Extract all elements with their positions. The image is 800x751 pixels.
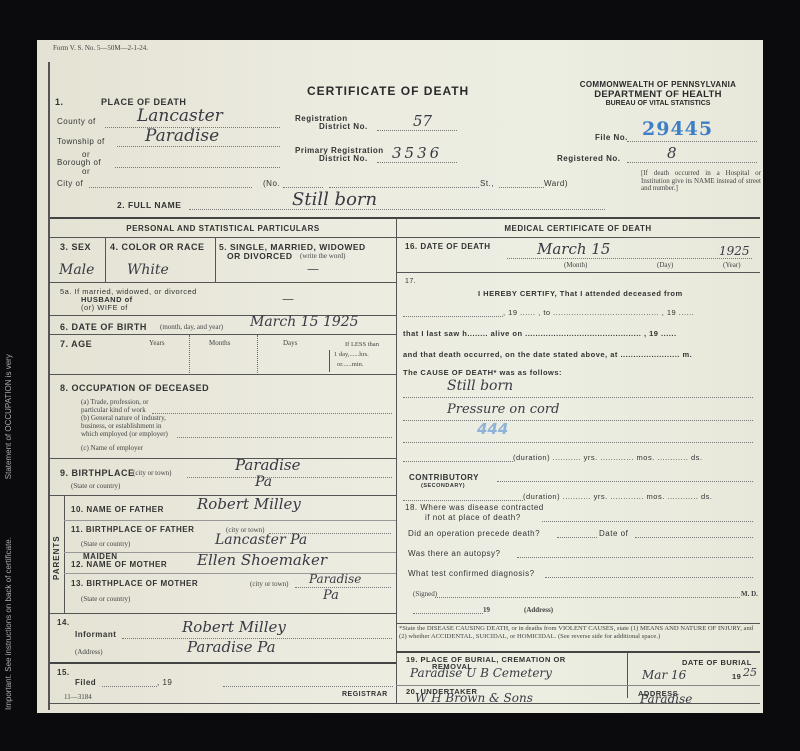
signed-line (435, 597, 740, 598)
age-days-label: Days (283, 339, 297, 347)
duration-2: (duration) ........... yrs. ............… (523, 492, 712, 501)
street-label: St., (480, 179, 494, 188)
occ-a-1: (a) Trade, profession, or (81, 398, 148, 406)
city-line (89, 187, 252, 188)
divider-top (50, 217, 760, 219)
mother-bp-hint: (city or town) (250, 580, 289, 588)
full-name-line (189, 209, 605, 210)
full-name-value: Still born (292, 189, 377, 210)
burial-top-line (396, 651, 760, 653)
filed-label: Filed (75, 678, 96, 687)
personal-heading: PERSONAL AND STATISTICAL PARTICULARS (50, 224, 396, 233)
birthplace-state-label: (State or country) (71, 482, 120, 490)
full-name-label: 2. FULL NAME (117, 200, 181, 210)
row-line-10 (50, 613, 396, 614)
registered-no-label: Registered No. (557, 154, 620, 163)
row-line-11 (50, 662, 396, 664)
county-value: Lancaster (137, 106, 223, 126)
cause-line-2 (403, 420, 753, 421)
column-divider (396, 218, 397, 703)
primary-reg-value: 3536 (392, 144, 442, 162)
cause-line-2-value: Pressure on cord (447, 402, 559, 417)
birthplace-hint: (city or town) (133, 469, 172, 477)
occ-b-line (177, 437, 392, 438)
test-line (545, 577, 753, 578)
burial-date-label: DATE OF BURIAL (682, 658, 752, 667)
street-line (329, 187, 479, 188)
filed-line (102, 686, 157, 687)
file-no-stamp: 29445 (642, 118, 713, 140)
cause-line-1 (403, 397, 753, 398)
mother-name-value: Ellen Shoemaker (197, 551, 327, 569)
last-saw-text: that I last saw h........ alive on .....… (403, 329, 677, 338)
section-17-number: 17. (405, 278, 416, 285)
occ-a-line (152, 413, 392, 414)
occupation-label: 8. OCCUPATION OF DECEASED (60, 383, 209, 393)
registered-no-line (627, 162, 757, 163)
registrar-label: REGISTRAR (342, 691, 388, 698)
row-line-4 (50, 374, 396, 375)
duration-line-2 (403, 500, 523, 501)
side-instructions: Important. See instructions on back of c… (4, 70, 13, 710)
autopsy-line (517, 557, 753, 558)
primary-reg-label-2: District No. (319, 154, 368, 163)
birthplace-line (187, 477, 392, 478)
marital-label-2: OR DIVORCED (227, 251, 292, 261)
mother-state-value: Pa (323, 588, 339, 603)
informant-address-value: Paradise Pa (187, 638, 276, 656)
marital-value: — (307, 262, 319, 276)
signed-label: (Signed) (413, 590, 437, 598)
father-name-label: 10. NAME OF FATHER (71, 505, 164, 514)
hospital-note: [If death occurred in a Hospital or Inst… (641, 170, 761, 193)
certify-text: I HEREBY CERTIFY, That I attended deceas… (478, 289, 683, 298)
dob-hint: (month, day, and year) (160, 323, 223, 331)
ward-label: Ward) (544, 179, 568, 188)
birthplace-state: Pa (255, 474, 272, 490)
informant-label: Informant (75, 630, 116, 639)
operation-line (557, 537, 597, 538)
age-months-label: Months (209, 339, 230, 347)
dod-year: 1925 (719, 244, 750, 258)
row-line-1 (50, 282, 396, 283)
registered-no-value: 8 (667, 144, 677, 162)
dob-value: March 15 1925 (250, 314, 359, 330)
burial-year-prefix: 19 (732, 672, 741, 681)
side-occupation-text: Statement of OCCUPATION is very (4, 354, 13, 479)
occurred-text: and that death occurred, on the date sta… (403, 350, 692, 359)
print-code: 11—3184 (64, 693, 92, 701)
ward-line (499, 187, 544, 188)
father-bp-label: 11. BIRTHPLACE OF FATHER (71, 525, 194, 534)
dod-label: 16. DATE OF DEATH (405, 242, 491, 251)
row-line-5 (50, 458, 396, 459)
age-divider-3 (329, 350, 330, 372)
test-label: What test confirmed diagnosis? (408, 569, 535, 578)
township-label: Township of (57, 137, 105, 146)
county-label: County of (57, 117, 96, 126)
occ-b-1: (b) General nature of industry, (81, 414, 166, 422)
parents-bracket (64, 495, 65, 613)
informant-address-label: (Address) (75, 648, 103, 656)
from-line (403, 316, 503, 317)
filed-year-prefix: , 19 (157, 678, 172, 687)
medical-line-1 (396, 272, 760, 273)
section-15-number: 15. (57, 668, 70, 677)
occ-c: (c) Name of employer (81, 444, 143, 452)
township-line (117, 146, 280, 147)
spouse-value: — (282, 292, 294, 306)
mother-name-label: 12. NAME OF MOTHER (71, 560, 167, 569)
age-label: 7. AGE (60, 339, 92, 349)
street-no-label: (No. (263, 179, 280, 188)
mother-bp-line (295, 587, 391, 588)
dod-day-hint: (Day) (657, 261, 673, 269)
medical-heading: MEDICAL CERTIFICATE OF DEATH (396, 224, 760, 233)
operation-date-label: Date of (599, 529, 628, 538)
occ-a-2: particular kind of work (81, 406, 146, 414)
spouse-label-3: (or) WIFE of (81, 303, 128, 312)
street-no-line (283, 187, 323, 188)
agency-line2: DEPARTMENT OF HEALTH (553, 89, 763, 100)
cause-label: The CAUSE OF DEATH* was as follows: (403, 368, 562, 377)
section-14-number: 14. (57, 618, 70, 627)
dod-year-hint: (Year) (723, 261, 741, 269)
father-state-label: (State or country) (81, 540, 130, 548)
md-label: M. D. (741, 590, 758, 598)
dod-month-day: March 15 (537, 240, 610, 258)
sex-divider (105, 238, 106, 282)
cause-line-3 (403, 442, 753, 443)
medical-line-footnote (396, 623, 760, 624)
occ-b-3: which employed (or employer) (81, 430, 168, 438)
city-label: City of (57, 179, 83, 188)
or-label-2: or (82, 167, 90, 176)
death-certificate: Important. See instructions on back of c… (37, 40, 763, 713)
age-years-label: Years (149, 339, 165, 347)
burial-mid-line (396, 685, 760, 686)
q18-line-2: if not at place of death? (425, 513, 521, 522)
secondary-label: (SECONDARY) (421, 483, 465, 489)
side-instructions-text: Important. See instructions on back of c… (4, 537, 13, 710)
cause-footnote: *State the DISEASE CAUSING DEATH, or in … (399, 625, 759, 641)
medical-heading-line (396, 237, 760, 238)
q18-line-1: 18. Where was disease contracted (405, 503, 544, 512)
contributory-label: CONTRIBUTORY (409, 473, 479, 482)
form-number: Form V. S. No. 5—50M—2-1-24. (53, 44, 148, 52)
certificate-title: CERTIFICATE OF DEATH (307, 84, 469, 98)
parents-side-label: PARENTS (52, 535, 61, 580)
cause-line-1-value: Still born (447, 378, 513, 394)
row-line-7 (64, 520, 396, 521)
birthplace-city: Paradise (235, 456, 300, 474)
personal-heading-line (50, 237, 396, 238)
primary-reg-line (377, 162, 457, 163)
age-less-3: or......min. (337, 361, 364, 368)
operation-date-line (635, 537, 753, 538)
cause-code-stamp: 444 (477, 420, 508, 438)
dod-month-hint: (Month) (564, 261, 587, 269)
agency-line3: BUREAU OF VITAL STATISTICS (553, 100, 763, 107)
q18-answer-line (542, 521, 753, 522)
color-value: White (127, 262, 169, 278)
age-divider-2 (257, 335, 258, 373)
row-line-3 (50, 334, 396, 335)
signed-year-label: 19 (483, 606, 490, 614)
from-to-text: , 19 ...... , to .......................… (503, 308, 694, 317)
contributory-line (497, 481, 753, 482)
mother-state-label: (State or country) (81, 595, 130, 603)
borough-line (115, 167, 280, 168)
agency-line1: COMMONWEALTH OF PENNSYLVANIA (553, 80, 763, 89)
borough-label: Borough of (57, 158, 101, 167)
dod-line (507, 258, 752, 259)
color-label: 4. COLOR OR RACE (110, 242, 205, 252)
signed-date-line (413, 613, 483, 614)
file-no-label: File No. (595, 133, 628, 142)
reg-district-value: 57 (413, 112, 432, 130)
burial-date-value: Mar 16 (642, 668, 686, 682)
birthplace-label: 9. BIRTHPLACE (60, 468, 135, 478)
duration-line-1 (403, 461, 513, 462)
age-less-2: 1 day,......hrs. (334, 351, 369, 358)
mother-city-value: Paradise (309, 572, 361, 586)
operation-label: Did an operation precede death? (408, 529, 540, 538)
age-less-1: If LESS than (345, 341, 379, 348)
burial-year-value: 25 (743, 666, 757, 679)
marital-hint: (write the word) (300, 252, 345, 260)
burial-divider (627, 652, 628, 698)
occ-b-2: business, or establishment in (81, 422, 162, 430)
bottom-border (50, 703, 760, 704)
reg-district-line (377, 130, 457, 131)
father-state-value: Lancaster Pa (215, 532, 307, 548)
agency-block: COMMONWEALTH OF PENNSYLVANIA DEPARTMENT … (553, 80, 763, 107)
dob-label: 6. DATE OF BIRTH (60, 322, 147, 332)
mother-bp-label: 13. BIRTHPLACE OF MOTHER (71, 579, 198, 588)
father-name-value: Robert Milley (197, 495, 301, 513)
autopsy-label: Was there an autopsy? (408, 549, 500, 558)
sex-value: Male (59, 262, 94, 278)
sex-label: 3. SEX (60, 242, 91, 252)
burial-place-label-1: 19. PLACE OF BURIAL, CREMATION OR (406, 655, 566, 664)
color-divider (215, 238, 216, 282)
age-divider-1 (189, 335, 190, 373)
informant-value: Robert Milley (182, 618, 286, 636)
file-no-line (627, 141, 757, 142)
signed-address-label: (Address) (524, 606, 553, 614)
section-1-number: 1. (55, 97, 64, 107)
duration-1: (duration) ........... yrs. ............… (513, 453, 702, 462)
reg-district-label-2: District No. (319, 122, 368, 131)
township-value: Paradise (145, 126, 219, 146)
burial-place-value: Paradise U B Cemetery (410, 666, 552, 680)
registrar-line (223, 686, 393, 687)
